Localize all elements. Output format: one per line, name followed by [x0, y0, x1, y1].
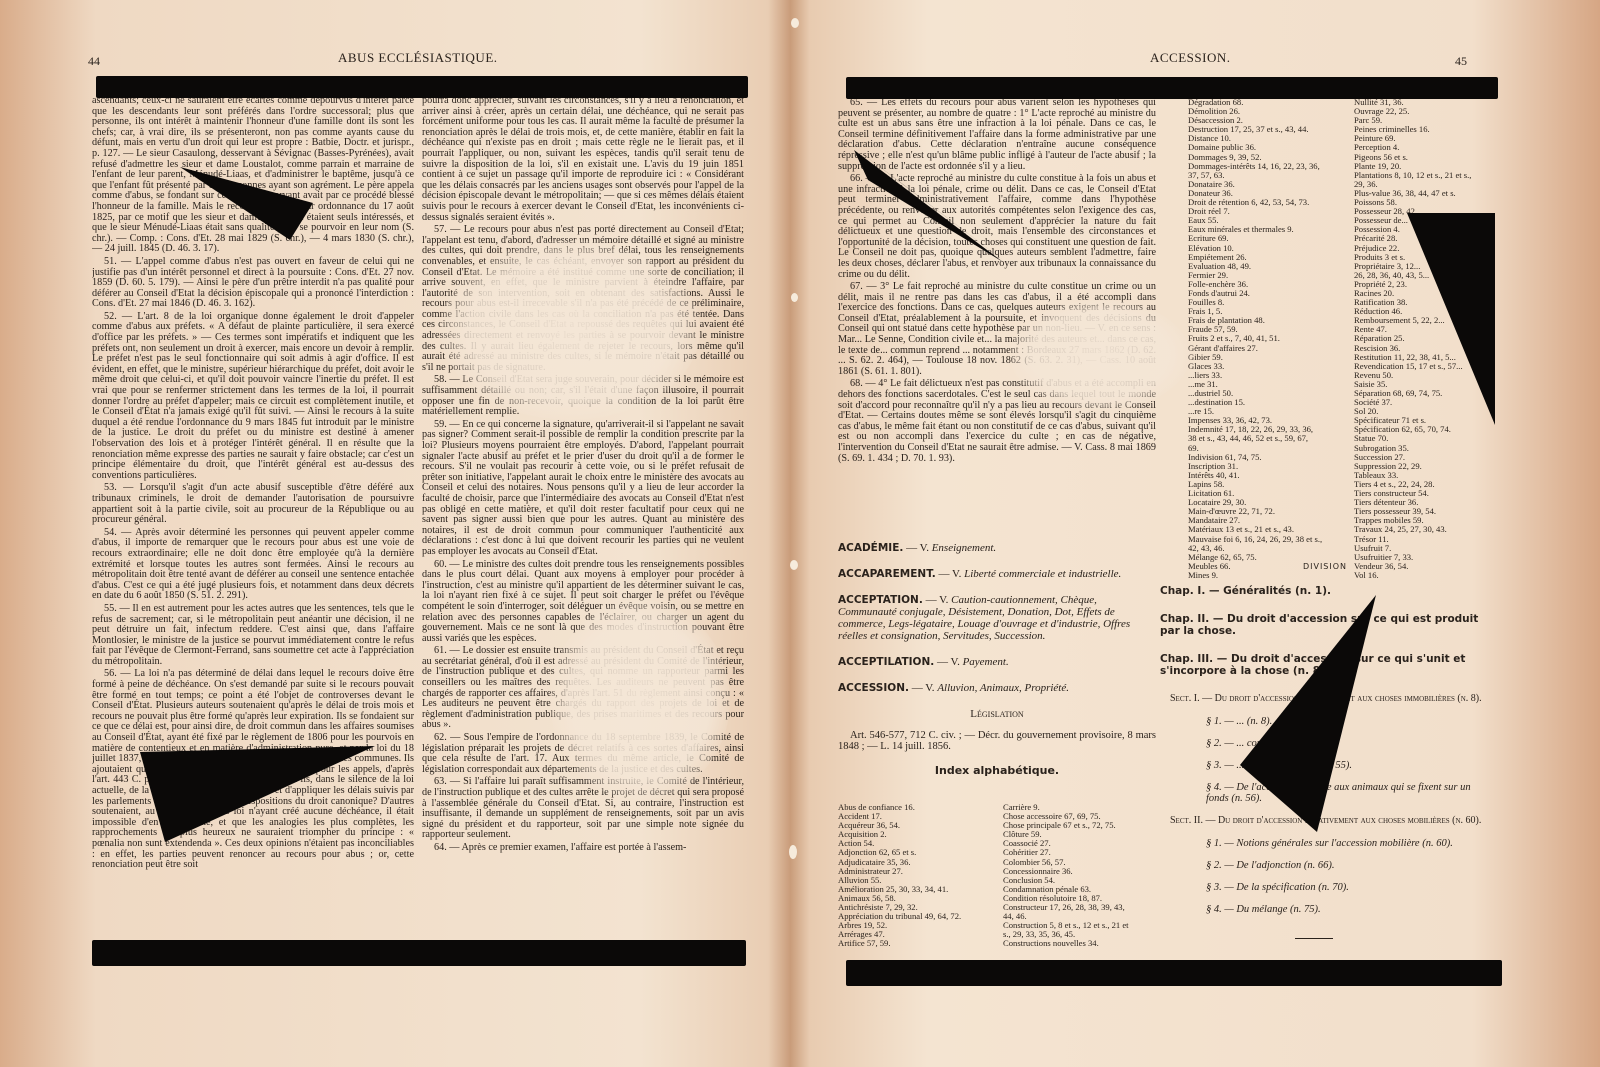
triangle-shape-1 — [180, 167, 313, 240]
binding-hole — [791, 18, 799, 28]
triangle-shape-3 — [860, 152, 1003, 260]
painted-shapes — [0, 0, 1600, 1067]
triangle-shape-5 — [1407, 213, 1495, 425]
triangle-shape-3b — [854, 150, 1003, 262]
binding-hole — [790, 560, 798, 570]
binding-hole — [791, 293, 798, 302]
open-book-spread: 44 ABUS ECCLÉSIASTIQUE. ascendants; ceux… — [0, 0, 1600, 1067]
triangle-shape-4 — [1240, 595, 1376, 832]
binding-hole — [789, 845, 797, 859]
triangle-shape-2 — [140, 746, 375, 842]
